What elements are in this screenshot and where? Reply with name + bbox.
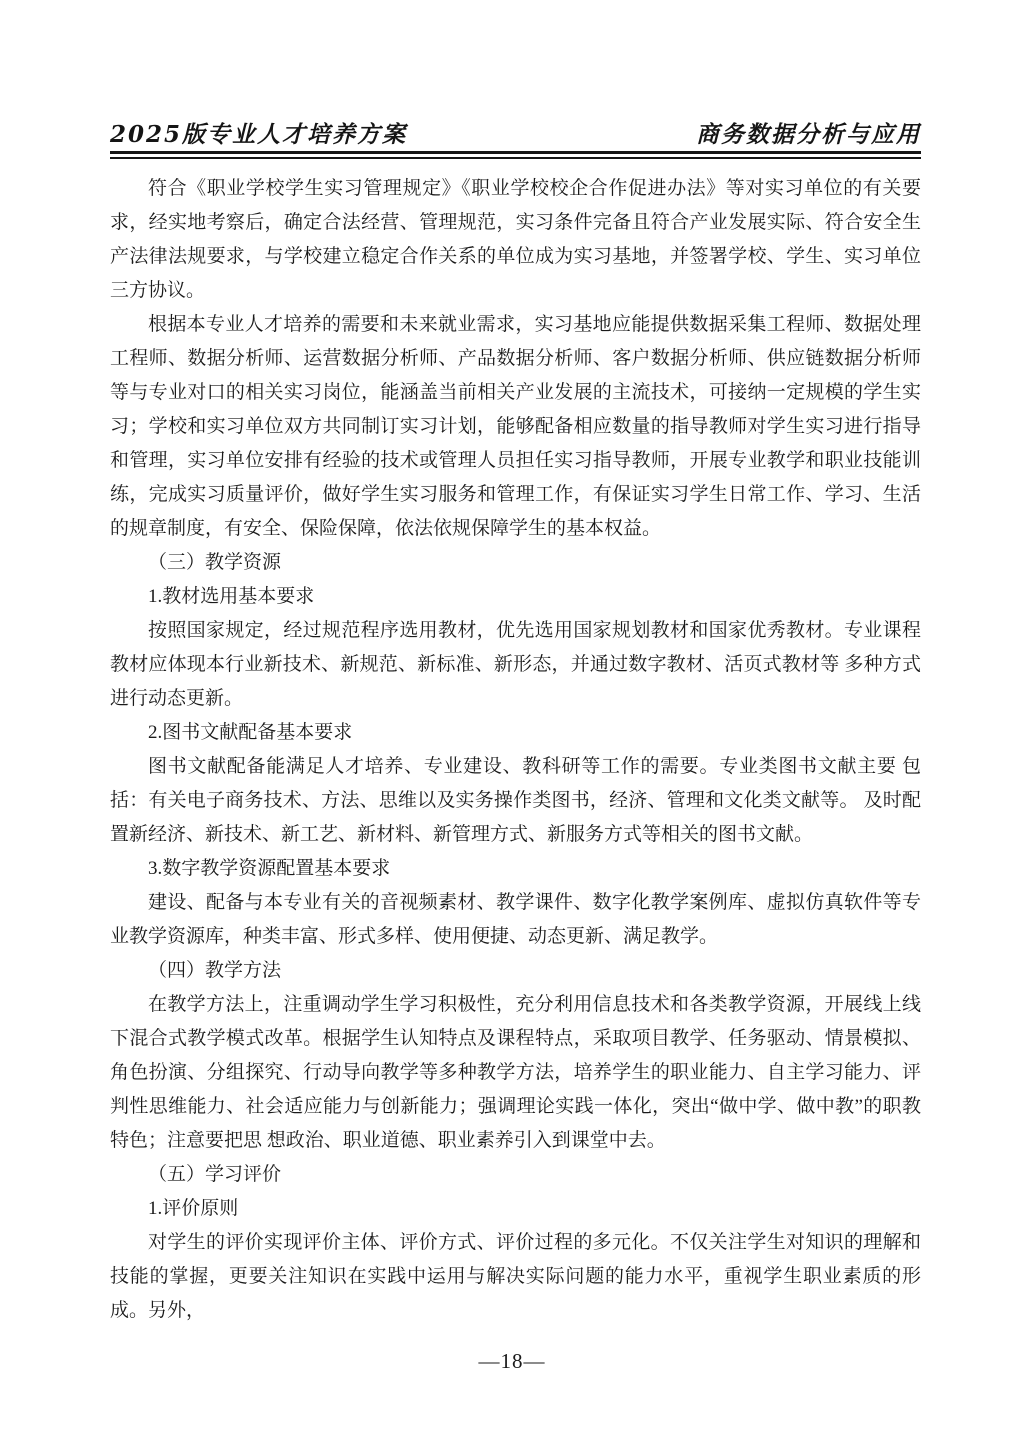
- page-number: —18—: [479, 1349, 546, 1373]
- page-header-row: 2025版专业人才培养方案 商务数据分析与应用: [110, 121, 921, 149]
- page-header: 2025版专业人才培养方案 商务数据分析与应用: [110, 121, 921, 159]
- section-heading-learning-evaluation: （五）学习评价: [110, 1158, 921, 1192]
- paragraph-textbook-selection: 按照国家规定，经过规范程序选用教材，优先选用国家规划教材和国家优秀教材。专业课程…: [110, 614, 921, 716]
- paragraph-teaching-methods: 在教学方法上，注重调动学生学习积极性，充分利用信息技术和各类教学资源，开展线上线…: [110, 988, 921, 1158]
- header-left-title: 2025版专业人才培养方案: [110, 121, 407, 149]
- subsection-heading-textbook-selection: 1.教材选用基本要求: [110, 580, 921, 614]
- header-rule-thick: [110, 151, 921, 154]
- document-body: 符合《职业学校学生实习管理规定》《职业学校校企合作促进办法》等对实习单位的有关要…: [110, 172, 921, 1328]
- paragraph-internship-unit-requirements: 符合《职业学校学生实习管理规定》《职业学校校企合作促进办法》等对实习单位的有关要…: [110, 172, 921, 308]
- paragraph-digital-resources: 建设、配备与本专业有关的音视频素材、教学课件、数字化教学案例库、虚拟仿真软件等专…: [110, 886, 921, 954]
- paragraph-evaluation-principles: 对学生的评价实现评价主体、评价方式、评价过程的多元化。不仅关注学生对知识的理解和…: [110, 1226, 921, 1328]
- page-footer: —18—: [0, 1348, 1024, 1374]
- document-page: 2025版专业人才培养方案 商务数据分析与应用 符合《职业学校学生实习管理规定》…: [0, 0, 1024, 1448]
- header-right-title: 商务数据分析与应用: [696, 121, 921, 149]
- section-heading-teaching-resources: （三）教学资源: [110, 546, 921, 580]
- subsection-heading-digital-resources: 3.数字教学资源配置基本要求: [110, 852, 921, 886]
- section-heading-teaching-methods: （四）教学方法: [110, 954, 921, 988]
- subsection-heading-library-literature: 2.图书文献配备基本要求: [110, 716, 921, 750]
- paragraph-internship-base-positions: 根据本专业人才培养的需要和未来就业需求，实习基地应能提供数据采集工程师、数据处理…: [110, 308, 921, 546]
- paragraph-library-literature: 图书文献配备能满足人才培养、专业建设、教科研等工作的需要。专业类图书文献主要 包…: [110, 750, 921, 852]
- header-rule-thin: [110, 157, 921, 159]
- subsection-heading-evaluation-principles: 1.评价原则: [110, 1192, 921, 1226]
